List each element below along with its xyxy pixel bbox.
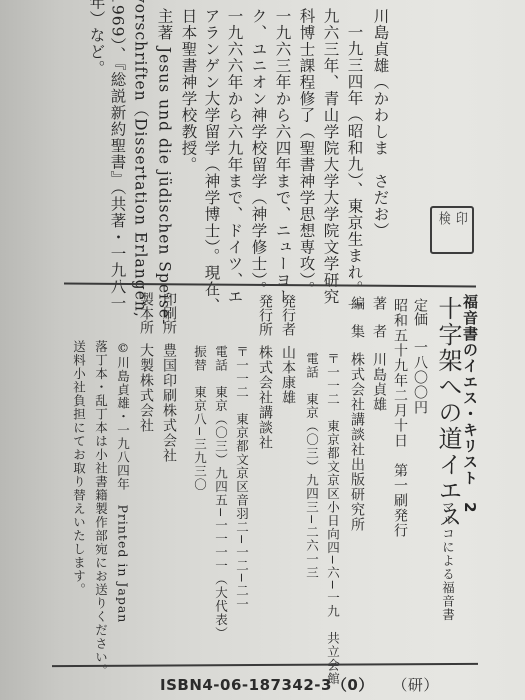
bio-line-6: 一九六六年から六九年まで、ドイツ、エ (226, 8, 242, 305)
ken-code: （研） (400, 676, 439, 694)
seal-char: 検 (438, 211, 450, 249)
publisher-person-label: 発行者 (281, 294, 295, 336)
isbn-line: ISBN4-06-187342-3（0）（研） (160, 674, 439, 695)
bio-line-12: 年）など。 (88, 0, 104, 77)
author-label: 著 者 (372, 296, 386, 338)
bio-line-7: アランゲン大学留学（神学博士）。現在、 (203, 8, 219, 314)
seal-char: 印 (455, 211, 467, 249)
author-name-line: 川島貞雄（かわしま さだお） (372, 8, 388, 239)
editor-label: 編 集 (350, 296, 364, 338)
bio-line-1: 一九三四年（昭和九）、東京生まれ。一 (346, 24, 362, 313)
bottom-divider (52, 663, 478, 667)
binder-value: 大製株式会社 (139, 343, 153, 433)
price-value: 一八〇〇円 (413, 340, 427, 415)
isbn-code: ISBN4-06-187342-3（0） (160, 676, 374, 694)
binder-label: 製本所 (139, 292, 153, 334)
notice-misprint: 落丁本・乱丁本は小社書籍製作部宛にお送りください。 (94, 340, 107, 678)
publisher-person-value: 山本康雄 (281, 345, 295, 405)
publisher-address: 〒一一二 東京都文京区音羽二−一二−二一 (235, 345, 248, 611)
editor-address: 〒一一二 東京都文京区小日向四−六−一九 共立会館 (326, 352, 339, 685)
bio-line-2: 九六三年、青山学院大学大学院文学研究 (322, 8, 338, 305)
colophon-page: 川島貞雄（かわしま さだお） 一九三四年（昭和九）、東京生まれ。一 九六三年、青… (0, 0, 525, 700)
publisher-transfer: 振替 東京八−三九三〇 (193, 345, 206, 491)
publisher-label: 発行所 (258, 294, 272, 336)
publisher-value: 株式会社講談社 (258, 345, 272, 450)
notice-replacement: 送料小社負担にてお取り替えいたします。 (72, 340, 85, 597)
editor-value: 株式会社講談社出版研究所 (350, 352, 364, 532)
bio-line-3: 科博士課程修了（聖書神学思想専攻）。 (298, 8, 314, 297)
bio-line-8: 日本聖書神学校教授。 (180, 8, 196, 173)
bio-line-11: 1969）、『総説新約聖書』（共著・一九八一 (109, 0, 125, 311)
bio-line-9: 主著 Jesus und die jüdischen Speise- (156, 8, 172, 325)
seal-stamp: 検 印 (430, 206, 474, 254)
bio-line-5: ク、ユニオン神学校留学（神学修士）。 (250, 8, 266, 297)
bio-line-10: vorschriften（Dissertation Erlangen, (132, 0, 148, 318)
publisher-phone: 電話 東京（〇三）九四五−一一一一（大代表） (214, 345, 227, 640)
author-value: 川島貞雄 (372, 352, 386, 412)
bio-line-4: 一九六三年から六四年まで、ニューヨー (274, 8, 290, 305)
issue-date: 昭和五十九年二月十日 第一刷発行 (393, 298, 407, 538)
printer-value: 豊国印刷株式会社 (162, 343, 176, 463)
editor-phone: 電話 東京（〇三）九四三−二六一三 (305, 352, 318, 579)
book-subtitle: マルコによる福音書 (441, 500, 454, 622)
price-label: 定価 (413, 298, 427, 326)
book-title: 十字架への道イエス (436, 296, 460, 530)
printer-label: 印刷所 (162, 292, 176, 334)
series-title: 福音書のイエス・キリスト 2 (462, 294, 477, 513)
copyright-line: ©川島貞雄・一九八四年 Printed in Japan (116, 340, 129, 623)
